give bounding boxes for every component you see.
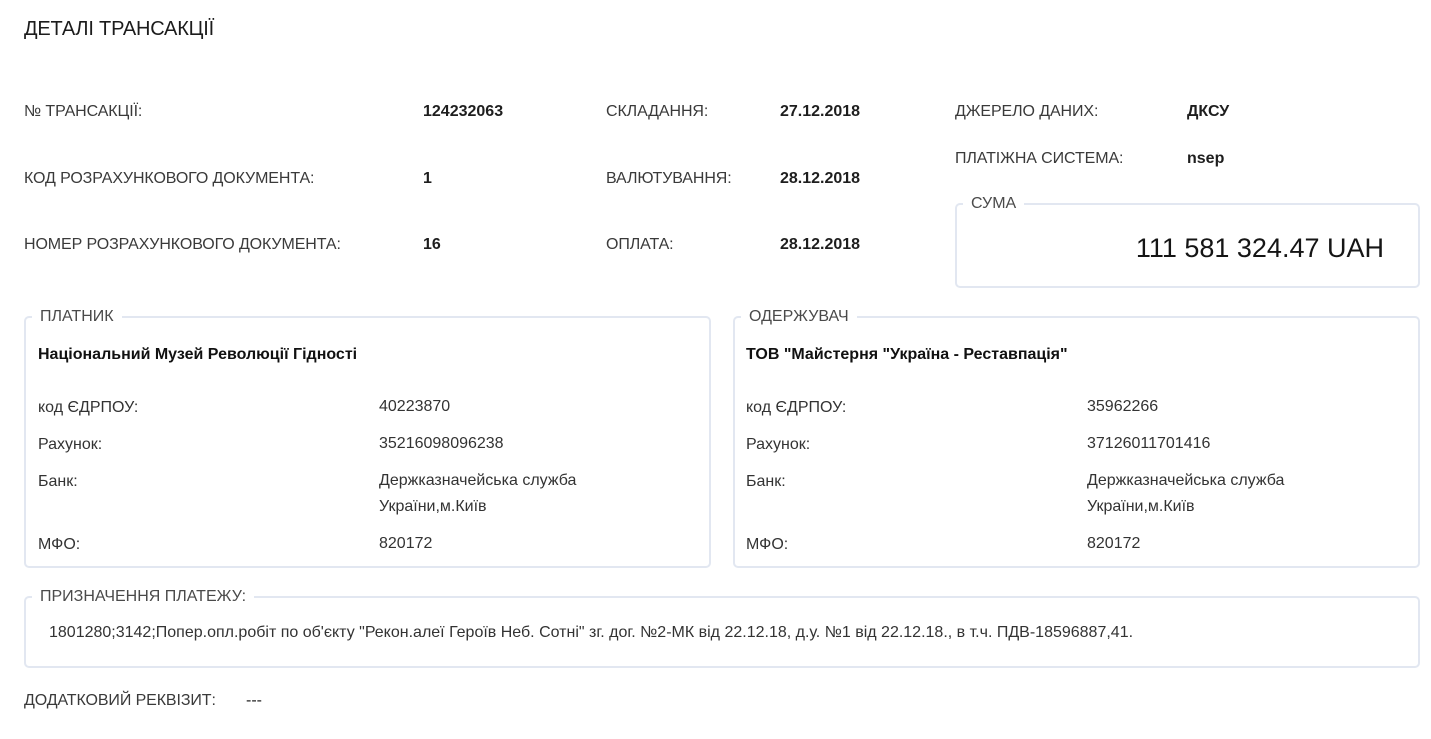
payer-mfo-label: МФО:: [38, 536, 80, 554]
recipient-bank-value: Держказначейська служба України,м.Київ: [1087, 468, 1337, 520]
recipient-account-value: 37126011701416: [1087, 431, 1210, 457]
payment-date: 28.12.2018: [780, 236, 860, 254]
source-value: ДКСУ: [1187, 103, 1229, 121]
recipient-account-label: Рахунок:: [746, 436, 810, 454]
recipient-edrpou-value: 35962266: [1087, 394, 1158, 420]
transaction-no-value: 124232063: [423, 103, 503, 121]
recipient-mfo-label: МФО:: [746, 536, 788, 554]
purpose-legend: ПРИЗНАЧЕННЯ ПЛАТЕЖУ:: [32, 588, 254, 606]
payment-system-value: nsep: [1187, 150, 1224, 168]
transaction-no-label: № ТРАНСАКЦІЇ:: [24, 103, 142, 121]
payer-bank-value: Держказначейська служба України,м.Київ: [379, 468, 629, 520]
payment-system-label: ПЛАТІЖНА СИСТЕМА:: [955, 150, 1123, 168]
source-label: ДЖЕРЕЛО ДАНИХ:: [955, 103, 1098, 121]
amount-legend: СУМА: [963, 195, 1024, 213]
doc-code-value: 1: [423, 170, 432, 188]
payer-account-value: 35216098096238: [379, 431, 504, 457]
recipient-name: ТОВ "Майстерня "Україна - Реставпація": [746, 346, 1068, 364]
payer-account-label: Рахунок:: [38, 436, 102, 454]
recipient-edrpou-label: код ЄДРПОУ:: [746, 399, 846, 417]
purpose-text: 1801280;3142;Попер.опл.робіт по об'єкту …: [49, 624, 1133, 642]
value-date: 28.12.2018: [780, 170, 860, 188]
payer-edrpou-value: 40223870: [379, 394, 450, 420]
payer-box: ПЛАТНИК Національний Музей Революції Гід…: [24, 308, 711, 568]
value-date-label: ВАЛЮТУВАННЯ:: [606, 170, 732, 188]
created-label: СКЛАДАННЯ:: [606, 103, 708, 121]
payer-name: Національний Музей Революції Гідності: [38, 346, 357, 364]
recipient-mfo-value: 820172: [1087, 531, 1140, 557]
recipient-box: ОДЕРЖУВАЧ ТОВ "Майстерня "Україна - Рест…: [733, 308, 1420, 568]
extra-label: ДОДАТКОВИЙ РЕКВІЗИТ:: [24, 692, 216, 710]
payer-legend: ПЛАТНИК: [32, 308, 122, 326]
payer-edrpou-label: код ЄДРПОУ:: [38, 399, 138, 417]
amount-value: 111 581 324.47 UAH: [1136, 233, 1384, 264]
page-title: ДЕТАЛІ ТРАНСАКЦІЇ: [24, 18, 214, 41]
recipient-legend: ОДЕРЖУВАЧ: [741, 308, 857, 326]
doc-code-label: КОД РОЗРАХУНКОВОГО ДОКУМЕНТА:: [24, 170, 314, 188]
extra-value: ---: [246, 692, 262, 710]
purpose-box: ПРИЗНАЧЕННЯ ПЛАТЕЖУ: 1801280;3142;Попер.…: [24, 588, 1420, 668]
payment-date-label: ОПЛАТА:: [606, 236, 674, 254]
payer-mfo-value: 820172: [379, 531, 432, 557]
created-date: 27.12.2018: [780, 103, 860, 121]
doc-number-label: НОМЕР РОЗРАХУНКОВОГО ДОКУМЕНТА:: [24, 236, 341, 254]
doc-number-value: 16: [423, 236, 441, 254]
amount-box: СУМА 111 581 324.47 UAH: [955, 195, 1420, 288]
payer-bank-label: Банк:: [38, 473, 78, 491]
recipient-bank-label: Банк:: [746, 473, 786, 491]
